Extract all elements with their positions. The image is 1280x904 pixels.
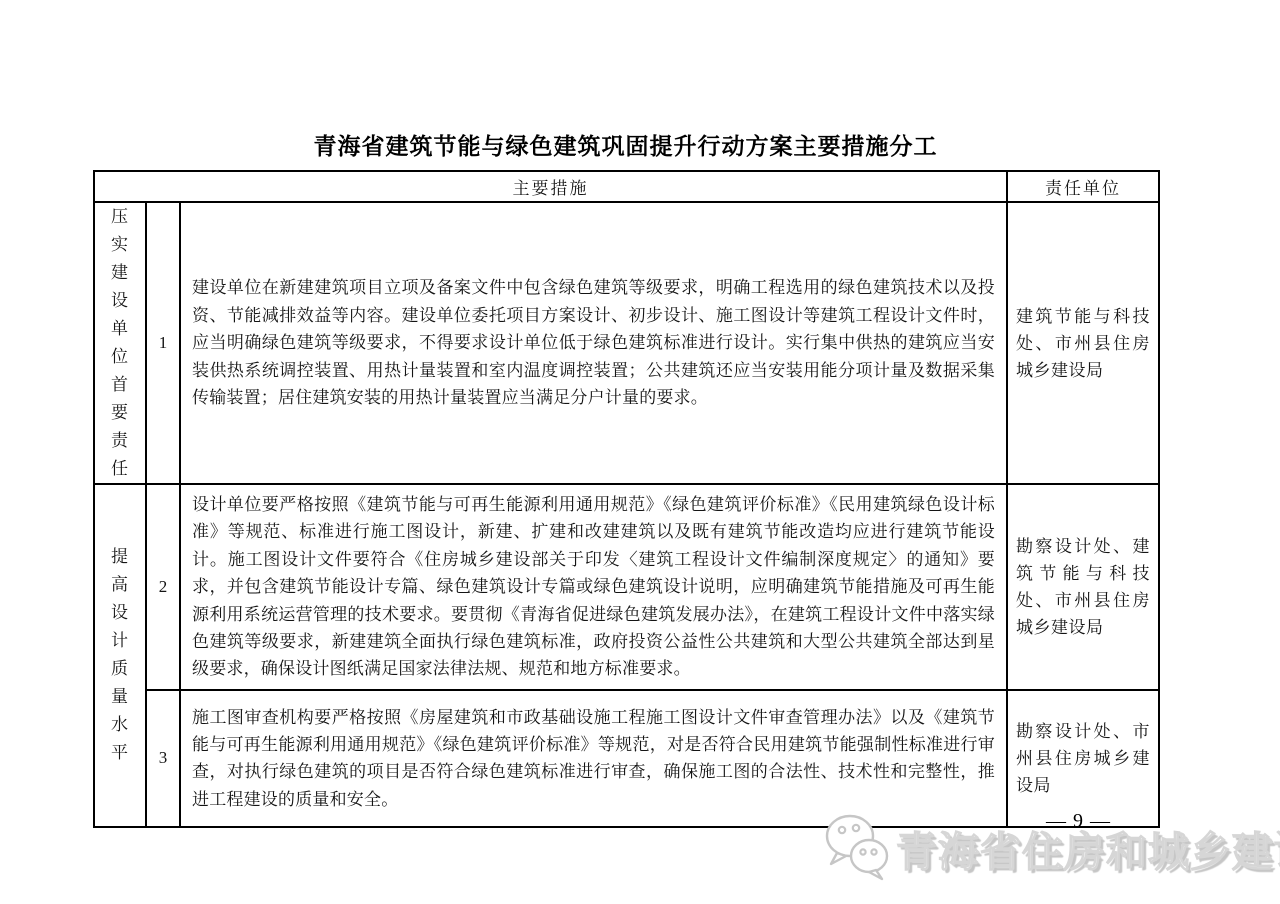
measure-text: 设计单位要严格按照《建筑节能与可再生能源利用通用规范》《绿色建筑评价标准》《民用… bbox=[180, 484, 1007, 690]
row-number: 1 bbox=[146, 202, 180, 484]
table-row: 3 施工图审查机构要严格按照《房屋建筑和市政基础设施工程施工图设计文件审查管理办… bbox=[94, 690, 1159, 827]
row-group-label-design-quality: 提高设计质量水平 bbox=[94, 484, 146, 827]
responsible-unit: 勘察设计处、建筑节能与科技处、市州县住房城乡建设局 bbox=[1007, 484, 1159, 690]
row-number: 3 bbox=[146, 690, 180, 827]
watermark-text: 青海省住房和城乡建设厅 bbox=[896, 819, 1280, 878]
table-row: 压实建设单位首要责任 1 建设单位在新建建筑项目立项及备案文件中包含绿色建筑等级… bbox=[94, 202, 1159, 484]
column-header-main-measures: 主要措施 bbox=[94, 171, 1007, 202]
responsible-unit: 建筑节能与科技处、市州县住房城乡建设局 bbox=[1007, 202, 1159, 484]
row-group-label-owner-responsibility: 压实建设单位首要责任 bbox=[94, 202, 146, 484]
document-page: 青海省建筑节能与绿色建筑巩固提升行动方案主要措施分工 主要措施 责任单位 压实建… bbox=[0, 0, 1280, 904]
measure-text: 施工图审查机构要严格按照《房屋建筑和市政基础设施工程施工图设计文件审查管理办法》… bbox=[180, 690, 1007, 827]
wechat-logo-icon bbox=[824, 812, 890, 884]
responsible-unit: 勘察设计处、市州县住房城乡建设局 bbox=[1007, 690, 1159, 827]
table-header-row: 主要措施 责任单位 bbox=[94, 171, 1159, 202]
watermark: 青海省住房和城乡建设厅 bbox=[824, 812, 1280, 884]
row-number: 2 bbox=[146, 484, 180, 690]
measure-text: 建设单位在新建建筑项目立项及备案文件中包含绿色建筑等级要求，明确工程选用的绿色建… bbox=[180, 202, 1007, 484]
page-title: 青海省建筑节能与绿色建筑巩固提升行动方案主要措施分工 bbox=[93, 128, 1158, 161]
table-row: 提高设计质量水平 2 设计单位要严格按照《建筑节能与可再生能源利用通用规范》《绿… bbox=[94, 484, 1159, 690]
column-header-responsible-unit: 责任单位 bbox=[1007, 171, 1159, 202]
measures-table: 主要措施 责任单位 压实建设单位首要责任 1 建设单位在新建建筑项目立项及备案文… bbox=[93, 170, 1160, 828]
